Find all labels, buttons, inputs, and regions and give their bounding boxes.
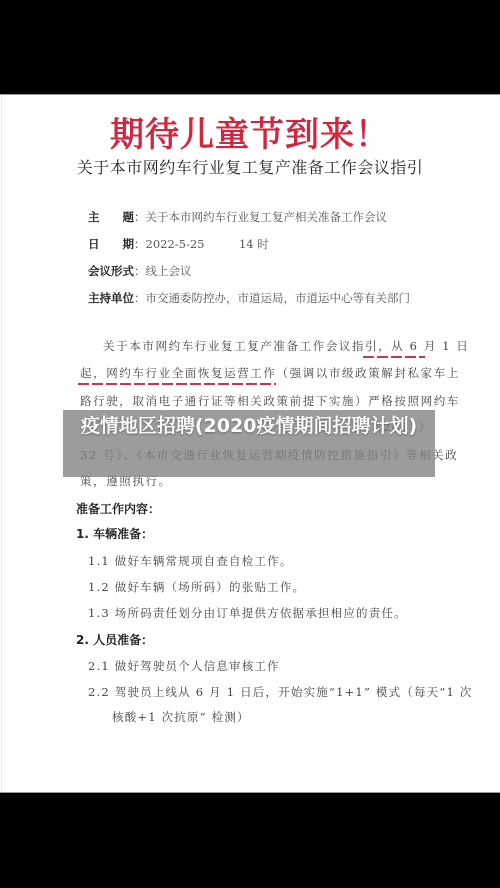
meta-format: 会议形式：线上会议 xyxy=(88,263,192,279)
meta-value: ：关于本市网约车行业复工复产相关准备工作会议 xyxy=(134,210,387,224)
list-item: 2.2 驾驶员上线从 6 月 1 日后，开始实施“1+1” 模式（每天“1 次 xyxy=(88,684,473,700)
underline-mark xyxy=(363,356,425,358)
section-title: 2. 人员准备： xyxy=(76,631,153,648)
meta-date: 日 期：2022-5-25 14 时 xyxy=(88,236,269,252)
paragraph-line: 起，网约车行业全面恢复运营工作（强调以市级政策解封私家车上 xyxy=(80,365,460,381)
meta-value: ：市交通委防控办，市道运局，市道运中心等有关部门 xyxy=(134,291,410,305)
list-item: 2.1 做好驾驶员个人信息审核工作 xyxy=(88,658,280,674)
list-item: 1.3 场所码责任划分由订单提供方依据承担相应的责任。 xyxy=(88,605,407,621)
section-title: 1. 车辆准备： xyxy=(76,525,153,542)
underline-mark xyxy=(78,383,276,385)
meta-topic: 主 题：关于本市网约车行业复工复产相关准备工作会议 xyxy=(88,209,387,225)
meta-label: 会议形式 xyxy=(88,264,134,278)
caption-text[interactable]: 疫情地区招聘(2020疫情期间招聘计划) xyxy=(63,412,435,440)
paragraph-line: 路行驶，取消电子通行证等相关政策前提下实施）严格按照网约车 xyxy=(80,393,460,409)
paragraph-line: 关于本市网约车行业复工复产准备工作会议指引，从 6 月 1 日 xyxy=(90,338,469,354)
list-item: 1.1 做好车辆常规项自查自检工作。 xyxy=(88,553,293,569)
meta-value: ：2022-5-25 14 时 xyxy=(134,237,269,251)
list-item: 1.2 做好车辆（场所码）的张贴工作。 xyxy=(88,579,305,595)
page-edge xyxy=(1,95,2,792)
list-item: 核酸+1 次抗原” 检测） xyxy=(112,709,250,725)
document-subtitle: 关于本市网约车行业复工复产准备工作会议指引 xyxy=(0,155,500,178)
meta-label: 主 题 xyxy=(88,210,134,224)
meta-label: 日 期 xyxy=(88,237,134,251)
meta-host: 主持单位：市交通委防控办，市道运局，市道运中心等有关部门 xyxy=(88,290,410,306)
meta-label: 主持单位 xyxy=(88,291,134,305)
banner-title: 期待儿童节到来！ xyxy=(0,107,500,156)
section-heading: 准备工作内容： xyxy=(76,500,160,517)
meta-value: ：线上会议 xyxy=(134,264,192,278)
